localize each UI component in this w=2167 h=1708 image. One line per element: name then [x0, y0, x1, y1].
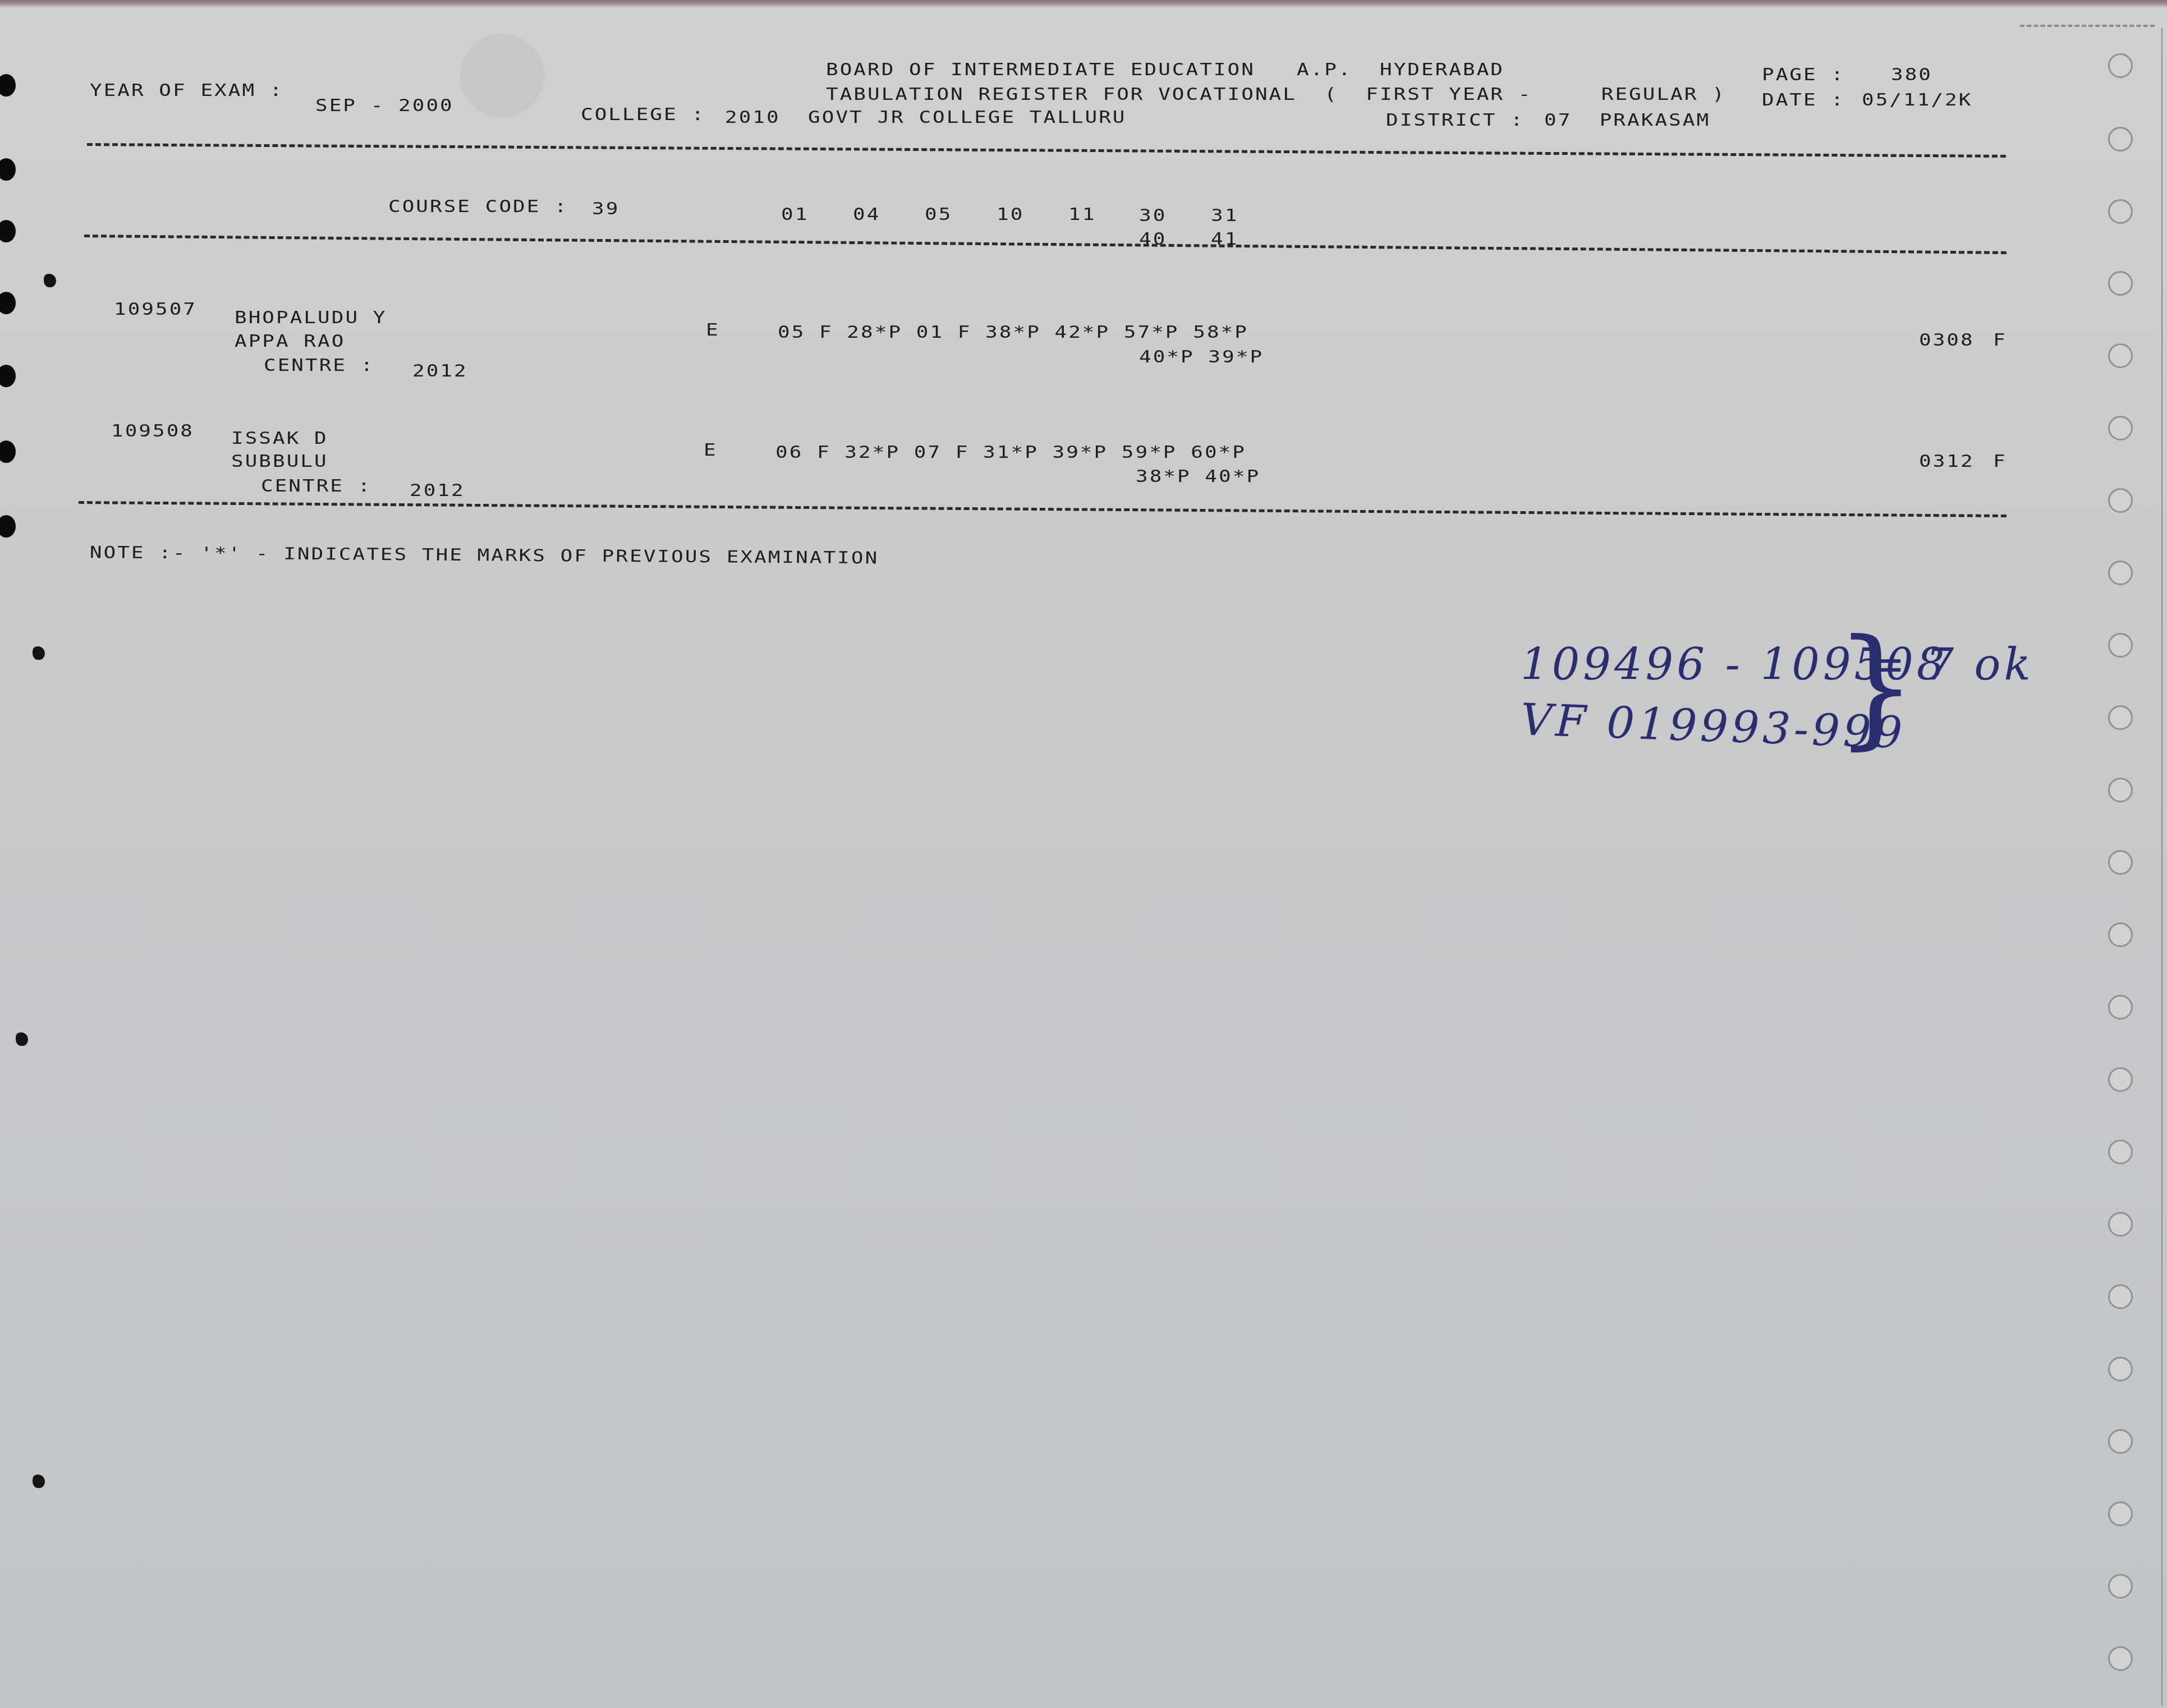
- subject-code: 30: [1139, 206, 1167, 226]
- binder-hole: [0, 440, 16, 463]
- result-status: F: [1993, 452, 2007, 471]
- centre-label: CENTRE :: [261, 477, 371, 496]
- date-value: 05/11/2K: [1862, 91, 1972, 110]
- tractor-strip-edge: [2161, 28, 2163, 1706]
- subject-code: 01: [781, 205, 809, 224]
- tractor-hole: [2108, 127, 2133, 151]
- year-of-exam-value: SEP - 2000: [315, 97, 454, 116]
- centre-code: 2012: [410, 481, 465, 501]
- tractor-hole: [2108, 1646, 2133, 1671]
- tractor-hole: [2108, 53, 2133, 78]
- medium: E: [706, 321, 720, 340]
- tractor-hole: [2108, 850, 2133, 875]
- marks-row-2: 38*P 40*P: [1136, 467, 1260, 486]
- tractor-hole: [2108, 561, 2133, 585]
- marks-row-2: 40*P 39*P: [1139, 348, 1264, 367]
- binder-hole: [0, 292, 16, 314]
- subject-code: 11: [1068, 205, 1096, 224]
- centre-code: 2012: [412, 362, 468, 381]
- binder-hole: [0, 74, 16, 97]
- medium: E: [704, 441, 718, 460]
- tractor-hole: [2108, 1284, 2133, 1309]
- binder-hole: [33, 646, 45, 660]
- binder-hole: [16, 1032, 28, 1046]
- student-name: BHOPALUDU Y: [235, 309, 387, 328]
- date-label: DATE :: [1762, 91, 1845, 110]
- paper-top-edge: [0, 0, 2167, 8]
- centre-label: CENTRE :: [264, 356, 374, 375]
- dashed-rule: [87, 143, 2006, 158]
- district-label: DISTRICT :: [1386, 111, 1525, 130]
- subject-code: 10: [997, 205, 1024, 224]
- binder-hole: [0, 365, 16, 387]
- father-name: SUBBULU: [231, 452, 328, 471]
- total-marks: 0312: [1919, 452, 1975, 471]
- tractor-hole: [2108, 343, 2133, 368]
- roll-number: 109507: [114, 300, 197, 319]
- binder-hole: [0, 220, 16, 242]
- tabulation-register-page: YEAR OF EXAM : SEP - 2000 BOARD OF INTER…: [0, 0, 2167, 1708]
- perforation-line: [2020, 25, 2155, 27]
- course-code-label: COURSE CODE :: [388, 198, 568, 217]
- bleed-through-seal: [460, 34, 544, 118]
- subject-code: 04: [853, 205, 880, 224]
- handwritten-total: = 7 ok: [1868, 640, 2034, 690]
- dashed-rule: [84, 235, 2007, 254]
- board-title: BOARD OF INTERMEDIATE EDUCATION A.P. HYD…: [826, 61, 1504, 80]
- binder-hole: [44, 274, 56, 287]
- tractor-hole: [2108, 633, 2133, 658]
- page-label: PAGE :: [1762, 66, 1845, 85]
- college-label: COLLEGE :: [581, 105, 705, 125]
- college-value: 2010 GOVT JR COLLEGE TALLURU: [725, 108, 1127, 127]
- register-title: TABULATION REGISTER FOR VOCATIONAL ( FIR…: [826, 85, 1726, 104]
- course-code-value: 39: [592, 200, 619, 219]
- binder-hole: [0, 158, 16, 181]
- tractor-hole: [2108, 1574, 2133, 1599]
- tractor-hole: [2108, 1140, 2133, 1164]
- total-marks: 0308: [1919, 331, 1975, 350]
- roll-number: 109508: [111, 422, 194, 441]
- tractor-hole: [2108, 922, 2133, 947]
- tractor-hole: [2108, 778, 2133, 802]
- tractor-hole: [2108, 199, 2133, 224]
- result-status: F: [1993, 331, 2007, 350]
- marks-row-1: 06 F 32*P 07 F 31*P 39*P 59*P 60*P: [775, 443, 1246, 462]
- tractor-hole: [2108, 271, 2133, 296]
- subject-code: 31: [1211, 206, 1238, 226]
- tractor-hole: [2108, 488, 2133, 513]
- district-value: 07 PRAKASAM: [1544, 111, 1710, 130]
- tractor-hole: [2108, 416, 2133, 440]
- year-of-exam-label: YEAR OF EXAM :: [90, 81, 283, 100]
- tractor-hole: [2108, 1429, 2133, 1454]
- footnote: NOTE :- '*' - INDICATES THE MARKS OF PRE…: [90, 543, 879, 568]
- binder-hole: [33, 1475, 45, 1488]
- tractor-hole: [2108, 1067, 2133, 1092]
- page-number: 380: [1891, 66, 1932, 85]
- tractor-hole: [2108, 995, 2133, 1020]
- father-name: APPA RAO: [235, 332, 345, 351]
- tractor-hole: [2108, 1502, 2133, 1526]
- dashed-rule: [79, 501, 2007, 517]
- binder-hole: [0, 515, 16, 538]
- marks-row-1: 05 F 28*P 01 F 38*P 42*P 57*P 58*P: [778, 323, 1248, 342]
- tractor-hole: [2108, 1212, 2133, 1237]
- student-name: ISSAK D: [231, 429, 328, 448]
- subject-code: 05: [925, 205, 952, 224]
- tractor-hole: [2108, 705, 2133, 730]
- tractor-hole: [2108, 1357, 2133, 1381]
